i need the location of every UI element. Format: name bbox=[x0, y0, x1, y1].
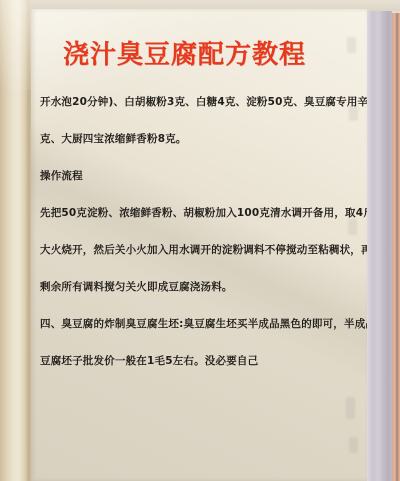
book-cover-edge bbox=[392, 13, 400, 481]
recipe-line: 先把50克淀粉、浓缩鲜香粉、胡椒粉加入100克清水调开备用，取4斤高汤 bbox=[40, 205, 367, 218]
recipe-line: 大火烧开，然后关小火加入用水调开的淀粉调料不停搅动至粘稠状，再下 bbox=[40, 242, 367, 255]
recipe-section-heading: 操作流程 bbox=[40, 168, 367, 181]
book-page: 浇汁臭豆腐配方教程 开水泡20分钟)、白胡椒粉3克、白糖4克、淀粉50克、臭豆腐… bbox=[31, 9, 367, 481]
page-stack-edge bbox=[367, 11, 392, 481]
ink-bleed-mark bbox=[349, 437, 358, 453]
ink-bleed-mark bbox=[348, 219, 357, 235]
book-photo: 浇汁臭豆腐配方教程 开水泡20分钟)、白胡椒粉3克、白糖4克、淀粉50克、臭豆腐… bbox=[0, 0, 400, 481]
recipe-line: 克、大厨四宝浓缩鲜香粉8克。 bbox=[40, 131, 367, 144]
ink-bleed-mark bbox=[347, 37, 356, 53]
left-page-curl-edge bbox=[0, 0, 31, 481]
recipe-line: 剩余所有调料搅匀关火即成豆腐浇汤料。 bbox=[40, 279, 367, 292]
recipe-title: 浇汁臭豆腐配方教程 bbox=[63, 34, 306, 71]
recipe-line: 四、臭豆腐的炸制臭豆腐生坯:臭豆腐生坯买半成品黑色的即可，半成品臭 bbox=[40, 316, 367, 329]
recipe-body: 开水泡20分钟)、白胡椒粉3克、白糖4克、淀粉50克、臭豆腐专用辛粉25 克、大… bbox=[40, 94, 367, 390]
ink-bleed-mark bbox=[349, 105, 358, 121]
recipe-line: 开水泡20分钟)、白胡椒粉3克、白糖4克、淀粉50克、臭豆腐专用辛粉25 bbox=[40, 94, 367, 107]
recipe-line: 豆腐坯子批发价一般在1毛5左右。没必要自己 bbox=[40, 353, 367, 366]
ink-bleed-mark bbox=[346, 397, 355, 419]
